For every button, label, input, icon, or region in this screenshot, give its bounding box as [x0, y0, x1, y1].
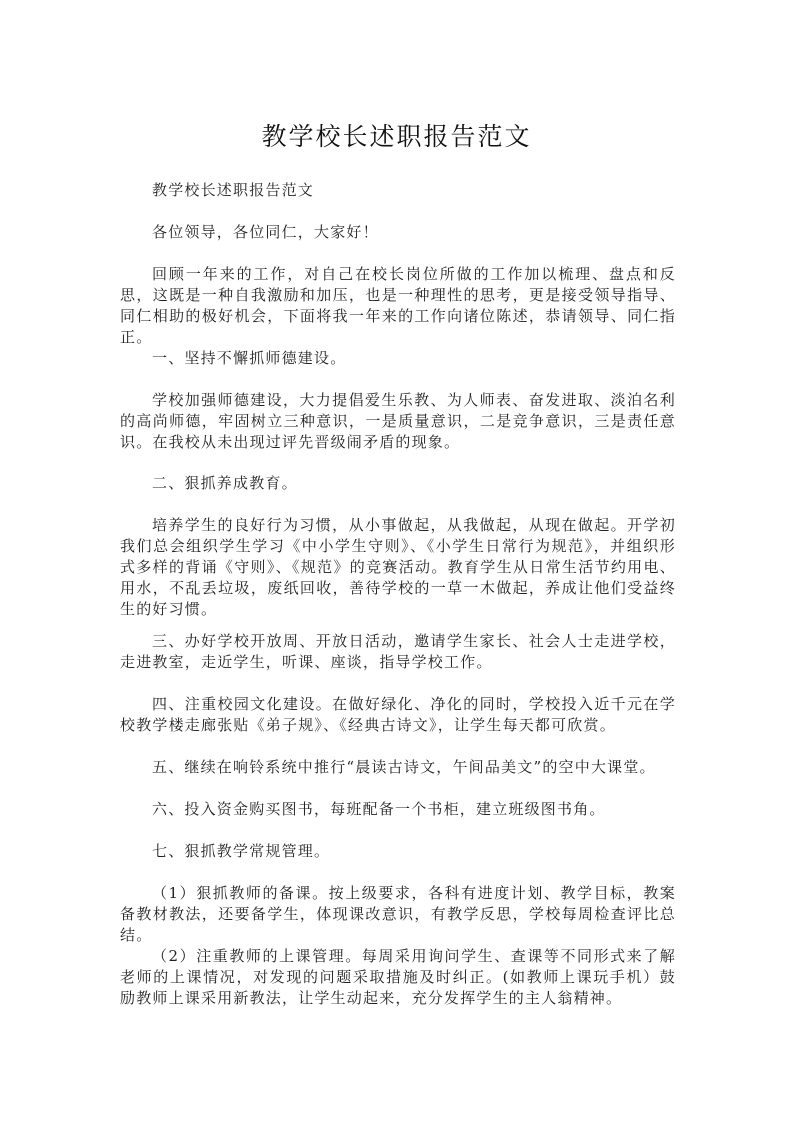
- section-body-1: 学校加强师德建设，大力提倡爱生乐教、为人师表、奋发进取、淡泊名利的高尚师德，牢固…: [120, 390, 676, 453]
- section-7-item-2: （2）注重教师的上课管理。每周采用询问学生、查课等不同形式来了解老师的上课情况，…: [120, 946, 676, 1009]
- section-5: 五、继续在响铃系统中推行“晨读古诗文，午间品美文”的空中大课堂。: [120, 757, 676, 778]
- section-7-item-1: （1）狠抓教师的备课。按上级要求，各科有进度计划、教学目标，教案备教材教法，还要…: [120, 883, 676, 946]
- document-title: 教学校长述职报告范文: [0, 117, 793, 153]
- section-body-2: 培养学生的良好行为习惯，从小事做起，从我做起，从现在做起。开学初我们总会组织学生…: [120, 515, 676, 620]
- section-3: 三、办好学校开放周、开放日活动，邀请学生家长、社会人士走进学校，走进教室，走近学…: [120, 631, 676, 673]
- section-heading-1: 一、坚持不懈抓师德建设。: [120, 348, 676, 369]
- section-heading-2: 二、狠抓养成教育。: [120, 473, 676, 494]
- section-6: 六、投入资金购买图书，每班配备一个书柜，建立班级图书角。: [120, 799, 676, 820]
- intro-paragraph: 回顾一年来的工作，对自己在校长岗位所做的工作加以梳理、盘点和反思，这既是一种自我…: [120, 264, 676, 348]
- section-4: 四、注重校园文化建设。在做好绿化、净化的同时，学校投入近千元在学校教学楼走廊张贴…: [120, 694, 676, 736]
- section-heading-7: 七、狠抓教学常规管理。: [120, 841, 676, 862]
- greeting-paragraph: 各位领导，各位同仁，大家好！: [120, 222, 676, 243]
- subtitle-paragraph: 教学校长述职报告范文: [120, 180, 676, 201]
